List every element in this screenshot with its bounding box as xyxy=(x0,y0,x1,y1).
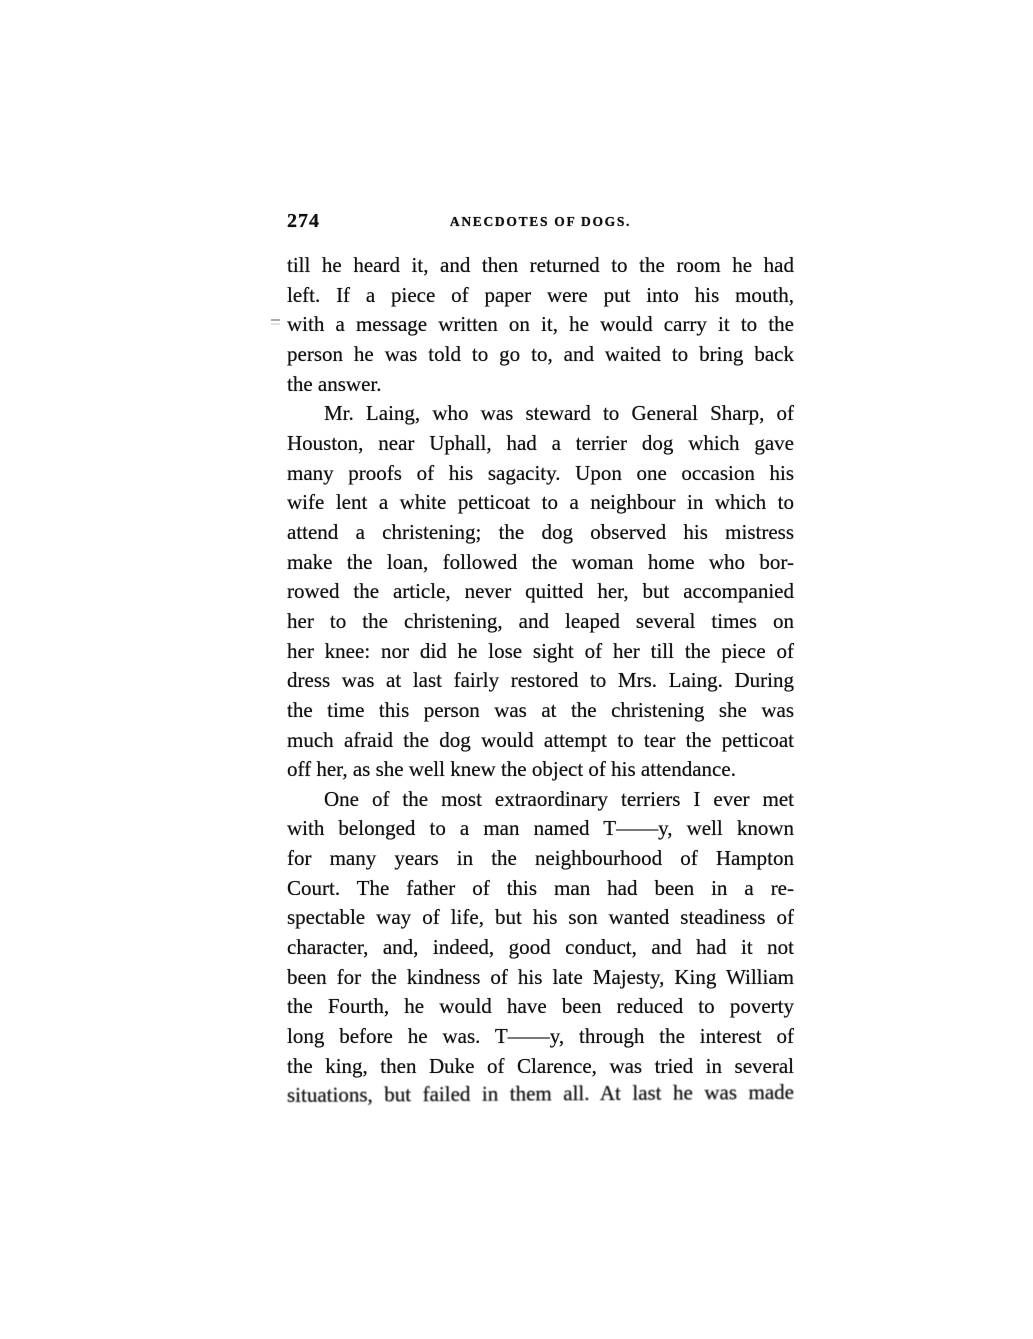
text-line: person he was told to go to, and waited … xyxy=(287,340,794,370)
text-block: 274 ANECDOTES OF DOGS. till he heard it,… xyxy=(287,210,794,1111)
text-line: the time this person was at the christen… xyxy=(287,696,794,726)
text-line: the answer. xyxy=(287,370,794,400)
body-text: till he heard it, and then returned to t… xyxy=(287,251,794,1111)
text-line: long before he was. T——y, through the in… xyxy=(287,1022,794,1052)
paragraph: One of the most extraordinary terriers I… xyxy=(287,785,794,1111)
text-line: dress was at last fairly restored to Mrs… xyxy=(287,666,794,696)
text-line: off her, as she well knew the object of … xyxy=(287,755,794,785)
text-line: attend a christening; the dog observed h… xyxy=(287,518,794,548)
text-line: with belonged to a man named T——y, well … xyxy=(287,814,794,844)
book-page: 274 ANECDOTES OF DOGS. till he heard it,… xyxy=(0,0,1033,1339)
text-line: the king, then Duke of Clarence, was tri… xyxy=(287,1052,794,1082)
text-line: been for the kindness of his late Majest… xyxy=(287,963,794,993)
text-line: much afraid the dog would attempt to tea… xyxy=(287,726,794,756)
text-line: rowed the article, never quitted her, bu… xyxy=(287,577,794,607)
text-line: make the loan, followed the woman home w… xyxy=(287,548,794,578)
text-line: situations, but failed in them all. At l… xyxy=(287,1078,794,1111)
scan-artifact-mark xyxy=(271,319,280,321)
paragraph: Mr. Laing, who was steward to General Sh… xyxy=(287,399,794,785)
text-line: with a message written on it, he would c… xyxy=(287,310,794,340)
text-line: Houston, near Uphall, had a terrier dog … xyxy=(287,429,794,459)
text-line: spectable way of life, but his son wante… xyxy=(287,903,794,933)
text-line: Court. The father of this man had been i… xyxy=(287,874,794,904)
text-line: her to the christening, and leaped sever… xyxy=(287,607,794,637)
text-line: till he heard it, and then returned to t… xyxy=(287,251,794,281)
paragraph: till he heard it, and then returned to t… xyxy=(287,251,794,399)
text-line: her knee: nor did he lose sight of her t… xyxy=(287,637,794,667)
running-header: 274 ANECDOTES OF DOGS. xyxy=(287,210,794,234)
text-line: character, and, indeed, good conduct, an… xyxy=(287,933,794,963)
text-line: the Fourth, he would have been reduced t… xyxy=(287,992,794,1022)
running-head-title: ANECDOTES OF DOGS. xyxy=(287,214,794,230)
text-line: many proofs of his sagacity. Upon one oc… xyxy=(287,459,794,489)
text-line: wife lent a white petticoat to a neighbo… xyxy=(287,488,794,518)
text-line: One of the most extraordinary terriers I… xyxy=(287,785,794,815)
text-line: for many years in the neighbourhood of H… xyxy=(287,844,794,874)
text-line: Mr. Laing, who was steward to General Sh… xyxy=(287,399,794,429)
text-line: left. If a piece of paper were put into … xyxy=(287,281,794,311)
